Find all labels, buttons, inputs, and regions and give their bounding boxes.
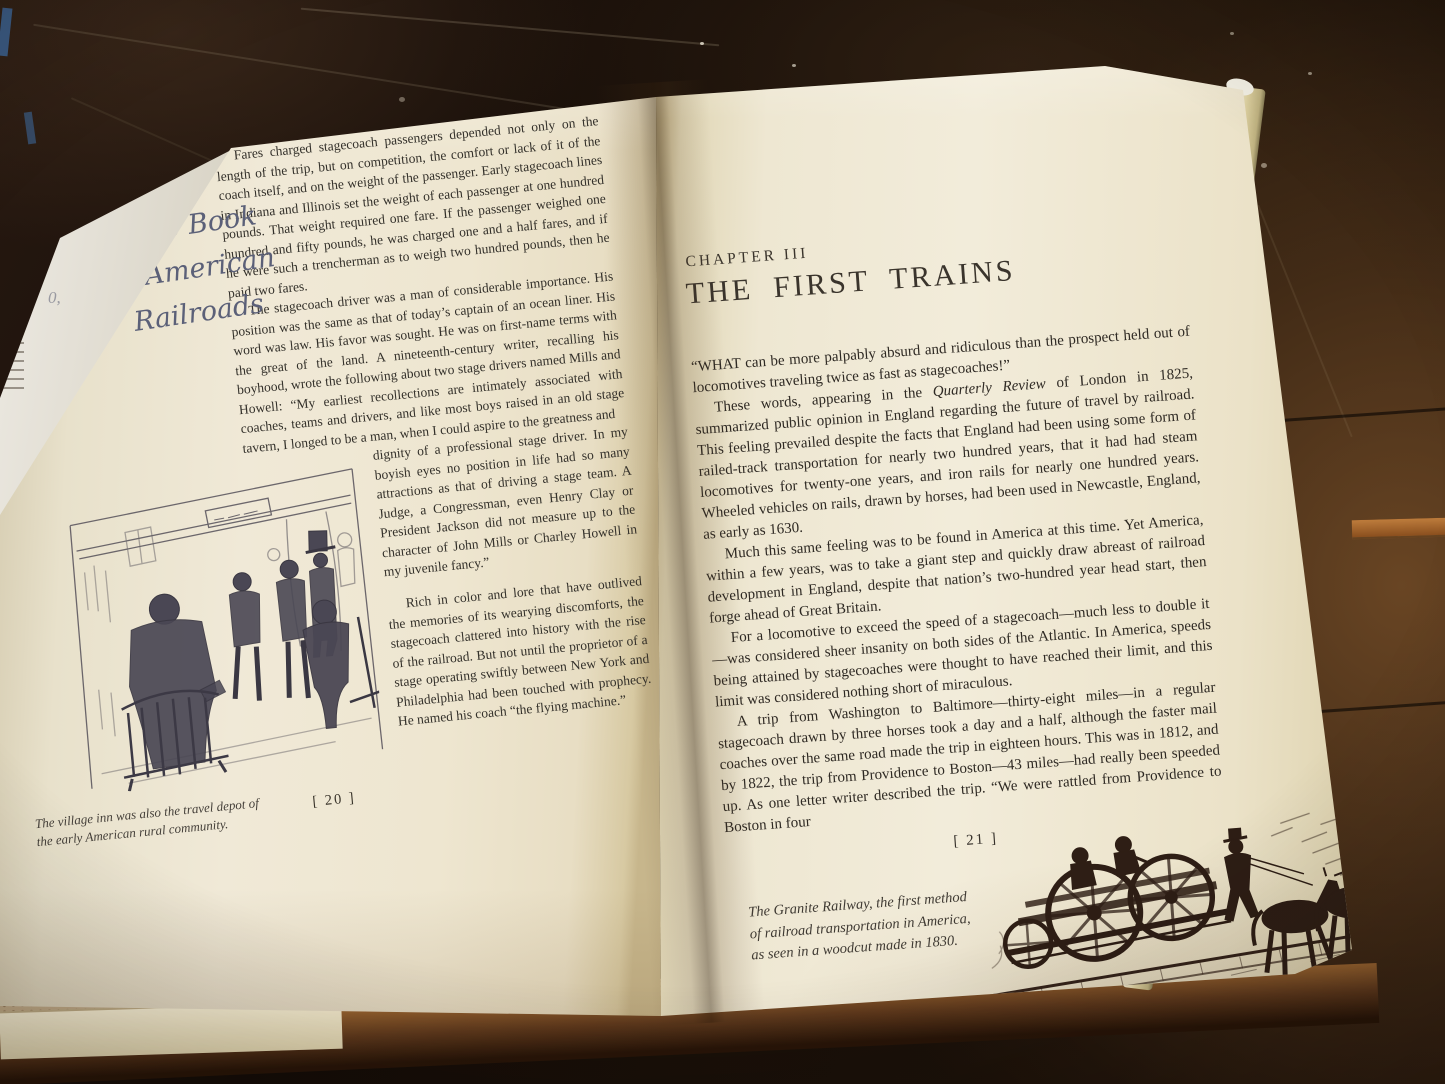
body-paragraph: dignity of a professional stage driver. … (372, 424, 637, 580)
body-text: “WHAT can be more palpably absurd and ri… (690, 322, 1225, 869)
table-plank-stripe (1352, 518, 1445, 539)
jacket-partial-character: 0, (48, 288, 61, 308)
photo-of-open-book: T Am BY 0, True Book of American Railroa… (0, 0, 1445, 1084)
text-wrap-region: dignity of a professional stage driver. … (59, 422, 653, 761)
paint-specks (700, 42, 704, 45)
village-inn-illustration (60, 450, 387, 795)
